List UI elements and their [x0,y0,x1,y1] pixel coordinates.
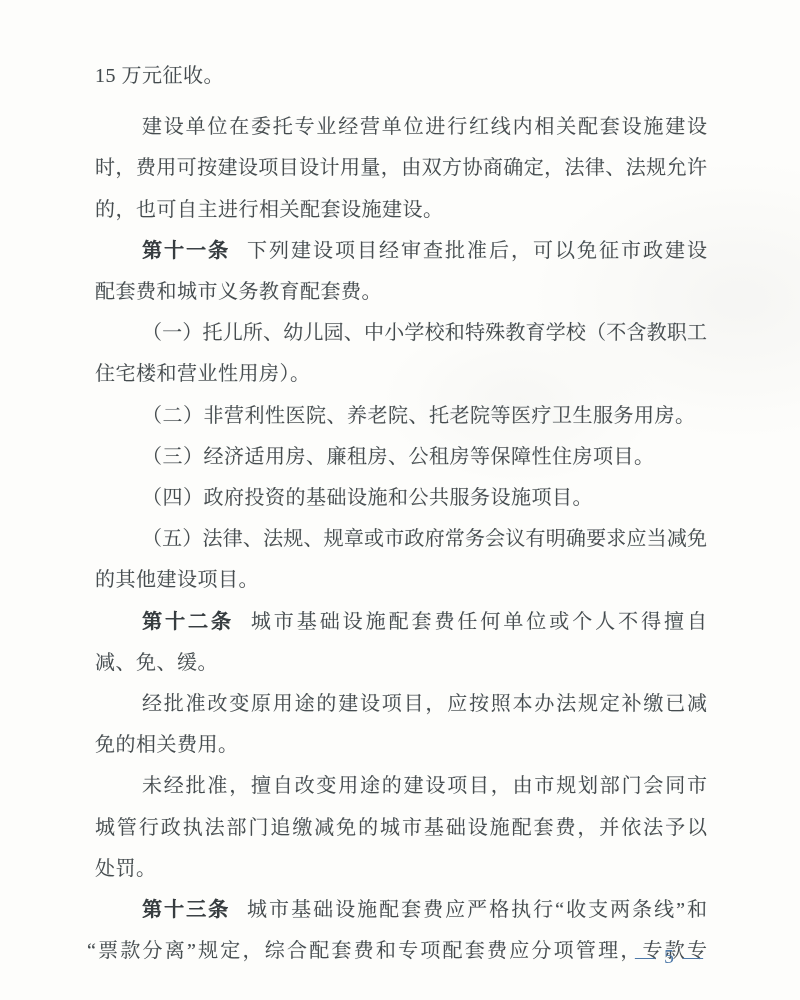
text-line: 建设单位在委托专业经营单位进行红线内相关配套设施建设 [95,107,707,148]
article-heading-line: 第十一条下列建设项目经审查批准后，可以免征市政建设 [95,231,707,272]
text-line: 的，也可自主进行相关配套设施建设。 [95,190,707,231]
text-line: 住宅楼和营业性用房）。 [95,354,707,395]
text-line: （五）法律、法规、规章或市政府常务会议有明确要求应当减免 [95,519,707,560]
text-line: （四）政府投资的基础设施和公共服务设施项目。 [95,478,707,519]
text-line: 处罚。 [95,849,707,890]
document-body-text: 15 万元征收。建设单位在委托专业经营单位进行红线内相关配套设施建设时，费用可按… [95,56,707,972]
text-line: “票款分离”规定，综合配套费和专项配套费应分项管理，专款专 [87,931,707,972]
text-line: （一）托儿所、幼儿园、中小学校和特殊教育学校（不含教职工 [95,313,707,354]
article-heading-line: 第十三条城市基础设施配套费应严格执行“收支两条线”和 [95,890,707,931]
scanned-document-page: 15 万元征收。建设单位在委托专业经营单位进行红线内相关配套设施建设时，费用可按… [0,0,800,1000]
article-number: 第十一条 [142,240,230,262]
text-line: 减、免、缓。 [95,643,707,684]
article-number: 第十二条 [142,611,234,633]
text-line: 时，费用可按建设项目设计用量，由双方协商确定，法律、法规允许 [95,148,707,189]
article-text: 下列建设项目经审查批准后，可以免征市政建设 [247,240,707,262]
text-line: 的其他建设项目。 [95,560,707,601]
article-text: 城市基础设施配套费应严格执行“收支两条线”和 [247,899,707,921]
text-line: 免的相关费用。 [95,725,707,766]
text-line: 经批准改变原用途的建设项目，应按照本办法规定补缴已减 [95,684,707,725]
page-number: — 5 — [635,946,705,969]
text-line: 城管行政执法部门追缴减免的城市基础设施配套费，并依法予以 [95,808,707,849]
article-heading-line: 第十二条城市基础设施配套费任何单位或个人不得擅自 [95,602,707,643]
article-number: 第十三条 [142,899,230,921]
text-line: （三）经济适用房、廉租房、公租房等保障性住房项目。 [95,437,707,478]
article-text: 城市基础设施配套费任何单位或个人不得擅自 [251,611,707,633]
text-line: 15 万元征收。 [95,56,707,97]
text-line: （二）非营利性医院、养老院、托老院等医疗卫生服务用房。 [95,396,707,437]
text-line: 未经批准，擅自改变用途的建设项目，由市规划部门会同市 [95,766,707,807]
text-line: 配套费和城市义务教育配套费。 [95,272,707,313]
